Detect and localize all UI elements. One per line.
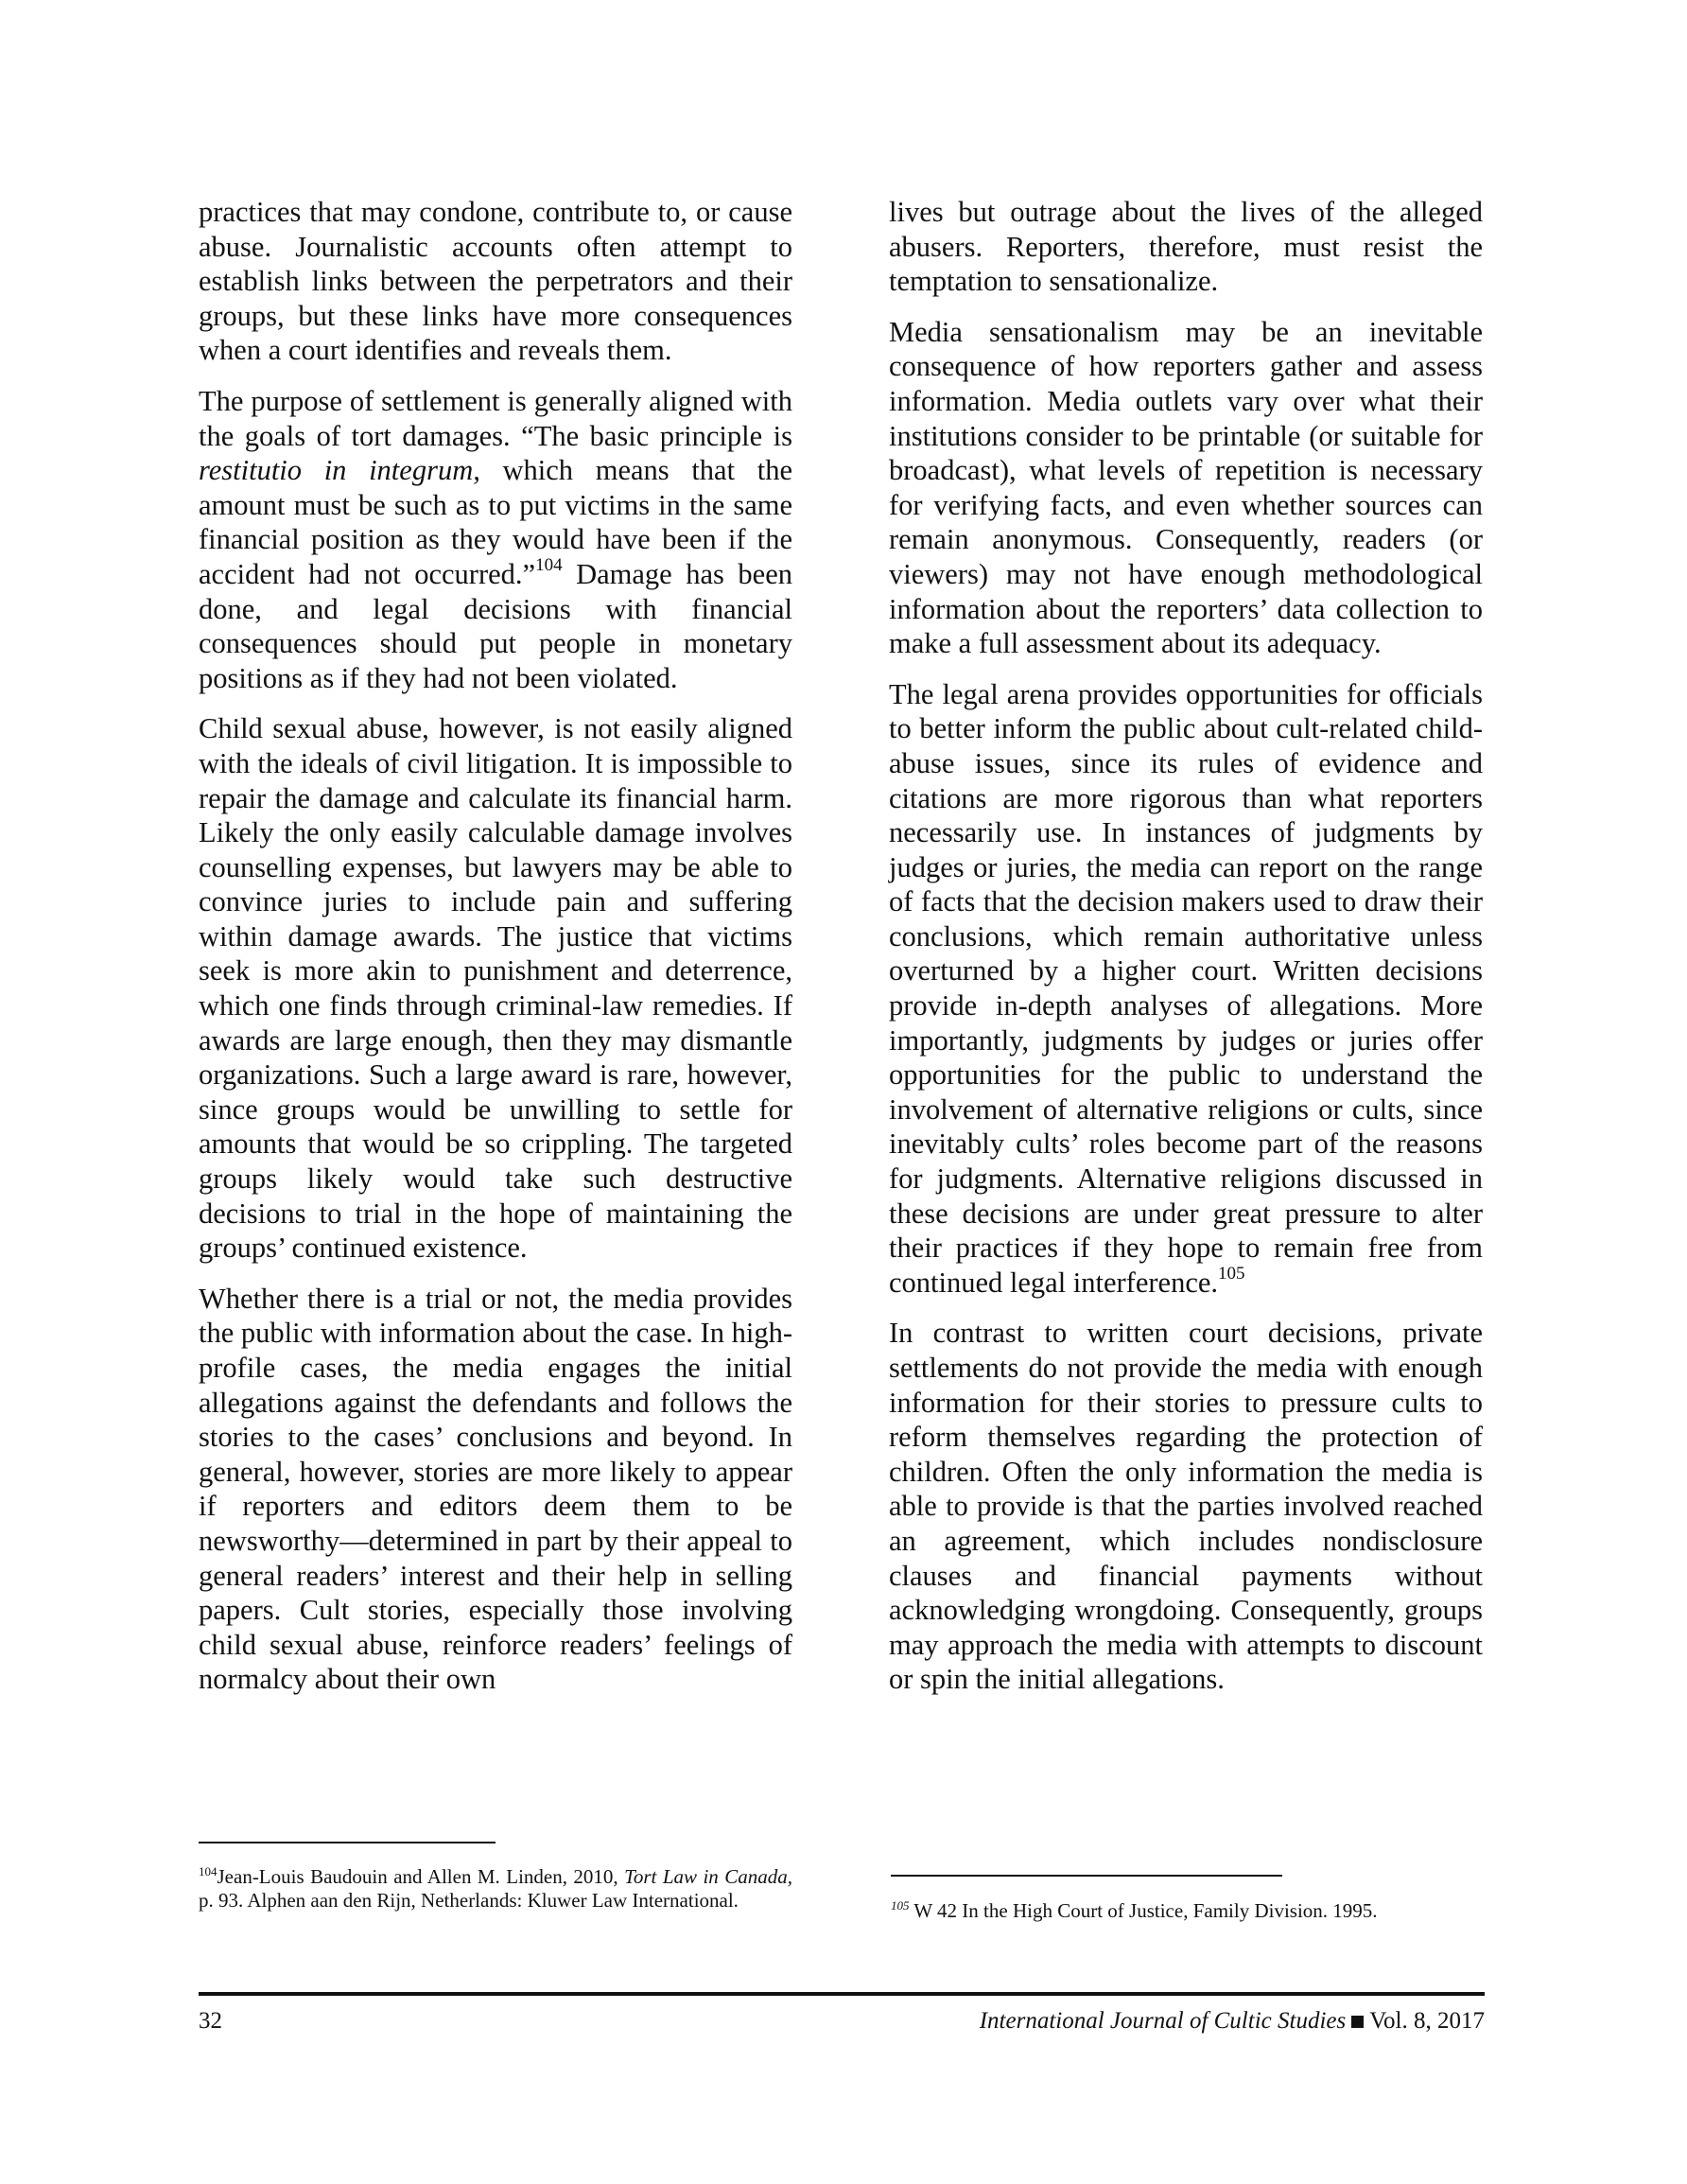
journal-title: International Journal of Cultic Studies (980, 2008, 1346, 2034)
left-column: practices that may condone, contribute t… (199, 195, 792, 1697)
running-footer: International Journal of Cultic StudiesV… (980, 2007, 1485, 2035)
paragraph-text: The purpose of settlement is generally a… (199, 385, 792, 452)
paragraph: Whether there is a trial or not, the med… (199, 1282, 792, 1697)
footnote-divider (199, 1842, 496, 1843)
latin-phrase: restitutio in integrum, (199, 454, 480, 486)
paragraph-text: The legal arena provides opportunities f… (889, 678, 1483, 1299)
footnote-104: 104Jean-Louis Baudouin and Allen M. Lind… (199, 1865, 792, 1913)
book-title: Tort Law in Canada, (624, 1865, 792, 1888)
footnote-text: Jean-Louis Baudouin and Allen M. Linden,… (217, 1865, 625, 1888)
paragraph: lives but outrage about the lives of the… (889, 195, 1483, 299)
page-number: 32 (199, 2007, 222, 2035)
volume-info: Vol. 8, 2017 (1369, 2008, 1485, 2034)
paragraph: Media sensationalism may be an inevitabl… (889, 315, 1483, 661)
right-column: lives but outrage about the lives of the… (889, 195, 1483, 1697)
footnote-number: 104 (199, 1864, 217, 1878)
footnote-text: W 42 In the High Court of Justice, Famil… (910, 1899, 1378, 1922)
paragraph: The legal arena provides opportunities f… (889, 677, 1483, 1301)
black-square-icon (1351, 2016, 1364, 2028)
footnote-ref-104[interactable]: 104 (535, 555, 563, 575)
paragraph: The purpose of settlement is generally a… (199, 384, 792, 695)
footnote-text: p. 93. Alphen aan den Rijn, Netherlands:… (199, 1889, 739, 1912)
footnote-number: 105 (891, 1898, 910, 1913)
paragraph: In contrast to written court decisions, … (889, 1316, 1483, 1697)
footer-rule (199, 1992, 1485, 1996)
footnote-ref-105[interactable]: 105 (1218, 1264, 1245, 1284)
page-footer: 32 International Journal of Cultic Studi… (199, 2007, 1485, 2035)
paragraph: Child sexual abuse, however, is not easi… (199, 711, 792, 1266)
footnote-105: 105 W 42 In the High Court of Justice, F… (891, 1899, 1485, 1923)
footnote-divider (891, 1875, 1282, 1877)
paragraph: practices that may condone, contribute t… (199, 195, 792, 368)
